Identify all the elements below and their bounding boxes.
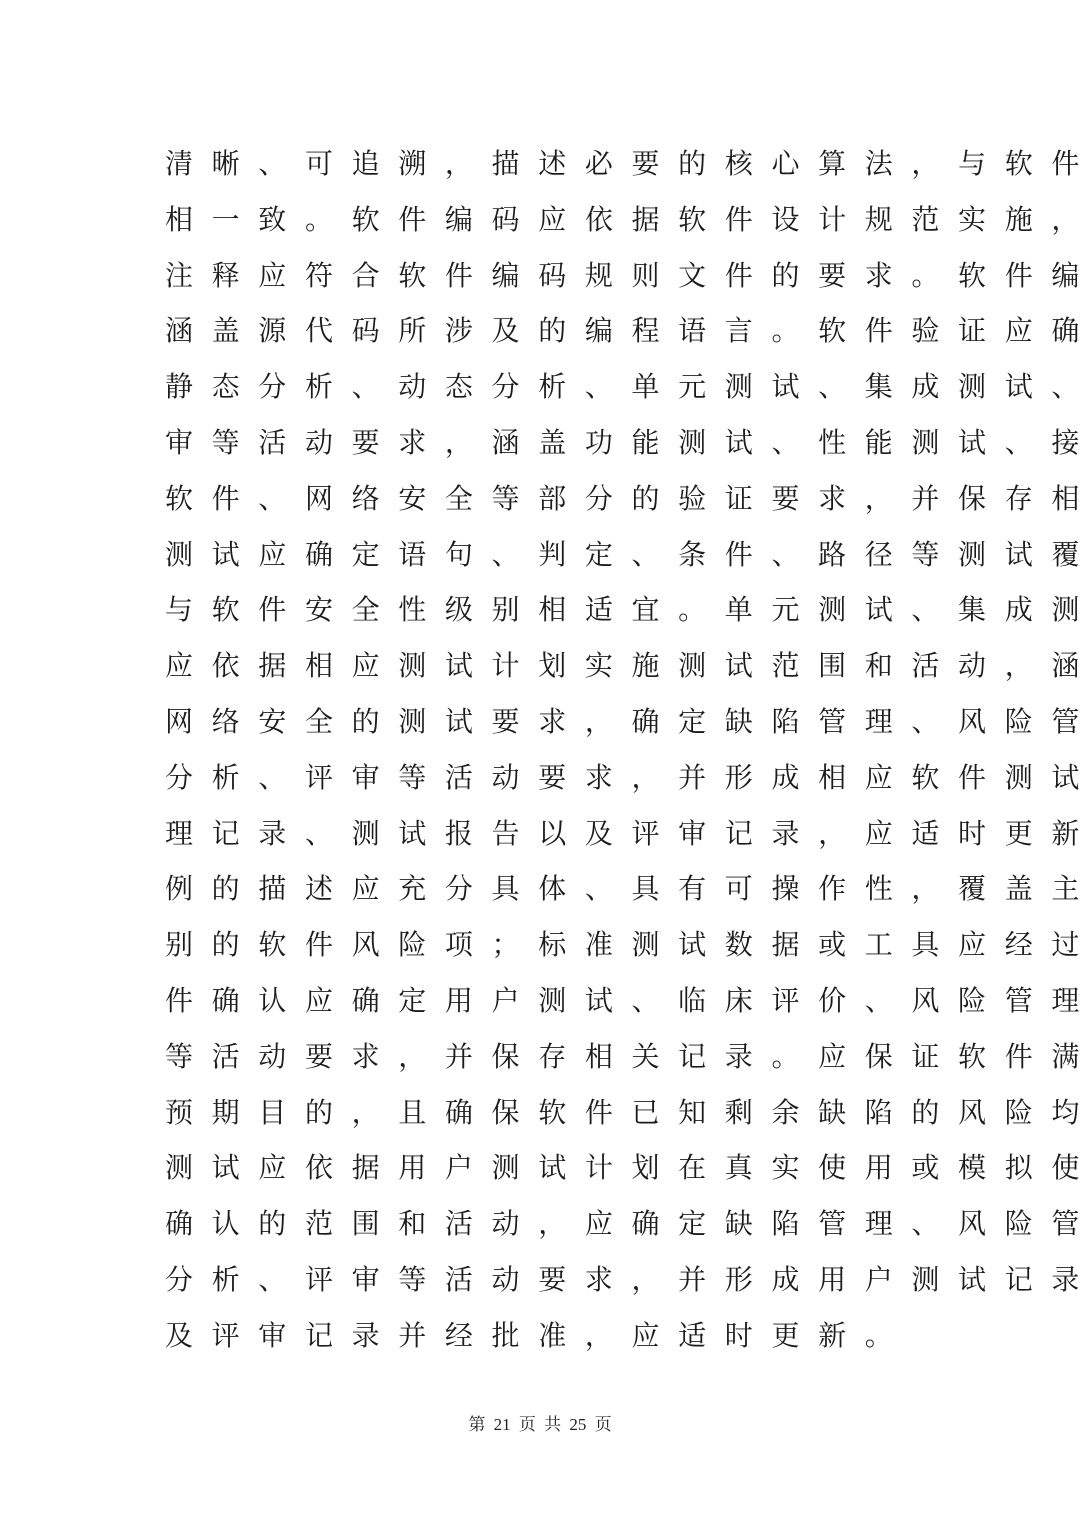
text-line: 例的描述应充分具体、具有可操作性，覆盖主要功能和已识 xyxy=(165,861,925,917)
text-line: 测试应确定语句、判定、条件、路径等测试覆盖率要求，并 xyxy=(165,527,925,583)
text-line: 及评审记录并经批准，应适时更新。 xyxy=(165,1308,925,1364)
text-line: 清晰、可追溯，描述必要的核心算法，与软件实际实现功能 xyxy=(165,136,925,192)
body-paragraph: 清晰、可追溯，描述必要的核心算法，与软件实际实现功能 相一致。软件编码应依据软件… xyxy=(165,136,925,1364)
document-page: 清晰、可追溯，描述必要的核心算法，与软件实际实现功能 相一致。软件编码应依据软件… xyxy=(0,0,1080,1527)
text-line: 测试应依据用户测试计划在真实使用或模拟使用环境下实施 xyxy=(165,1140,925,1196)
text-line: 分析、评审等活动要求，并形成相应软件测试记录、缺陷管 xyxy=(165,750,925,806)
text-line: 相一致。软件编码应依据软件设计规范实施，源代码编写与 xyxy=(165,192,925,248)
text-line: 应依据相应测试计划实施测试范围和活动，涵盖现成软件、 xyxy=(165,638,925,694)
page-number-footer: 第 21 页 共 25 页 xyxy=(0,1410,1080,1435)
text-line: 网络安全的测试要求，确定缺陷管理、风险管理、可追溯性 xyxy=(165,694,925,750)
text-line: 涵盖源代码所涉及的编程语言。软件验证应确定源代码审核、 xyxy=(165,303,925,359)
text-line: 预期目的，且确保软件已知剩余缺陷的风险均可接受。用户 xyxy=(165,1085,925,1141)
text-line: 分析、评审等活动要求，并形成用户测试记录、测试报告以 xyxy=(165,1252,925,1308)
text-line: 理记录、测试报告以及评审记录，应适时更新。软件测试用 xyxy=(165,806,925,862)
text-line: 软件、网络安全等部分的验证要求，并保存相关记录。白盒 xyxy=(165,471,925,527)
text-line: 件确认应确定用户测试、临床评价、风险管理、标识、评审 xyxy=(165,973,925,1029)
text-line: 审等活动要求，涵盖功能测试、性能测试、接口测试、现成 xyxy=(165,415,925,471)
text-line: 等活动要求，并保存相关记录。应保证软件满足用户需求和 xyxy=(165,1029,925,1085)
text-line: 与软件安全性级别相适宜。单元测试、集成测试、系统测试 xyxy=(165,582,925,638)
text-line: 别的软件风险项；标准测试数据或工具应经过有效验证。软 xyxy=(165,917,925,973)
text-line: 注释应符合软件编码规则文件的要求。软件编码规则文件应 xyxy=(165,248,925,304)
text-line: 确认的范围和活动，应确定缺陷管理、风险管理、可追溯性 xyxy=(165,1196,925,1252)
text-line: 静态分析、动态分析、单元测试、集成测试、系统测试、评 xyxy=(165,359,925,415)
